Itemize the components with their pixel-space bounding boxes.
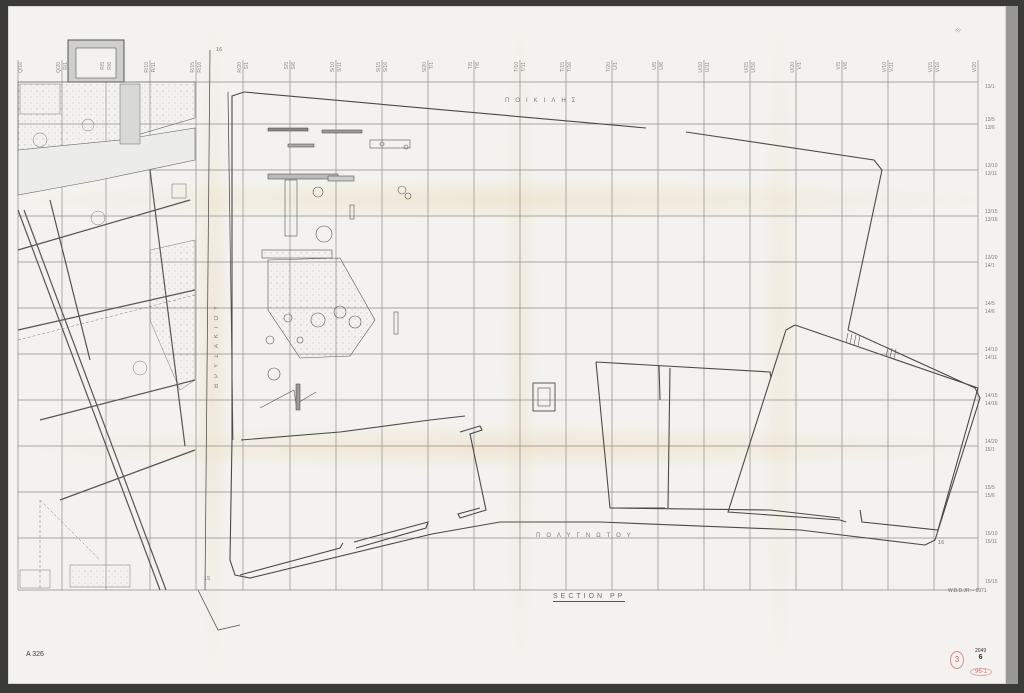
row-label: 15/6: [985, 493, 995, 500]
row-label: 14/6: [985, 309, 995, 316]
archive-stamp-subnumber: 6: [975, 654, 986, 661]
col-label: V/10: [882, 62, 888, 72]
col-label: V/20: [972, 62, 978, 72]
fold-stain: [760, 6, 800, 684]
col-label: S/5: [284, 62, 290, 70]
circled-number-stamp: 3: [950, 651, 964, 669]
row-label: 14/10: [985, 347, 998, 354]
western-excavation: [18, 40, 195, 590]
row-label: 14/16: [985, 401, 998, 408]
red-note-stamp: 96-1: [970, 668, 992, 676]
row-label: 14/1: [985, 263, 995, 270]
col-label: R/16: [197, 62, 203, 73]
col-label: U/15: [744, 62, 750, 73]
col-label: R/6: [107, 62, 113, 70]
row-label: 13/10: [985, 163, 998, 170]
row-label: 13/11: [985, 171, 997, 178]
col-label: T/5: [468, 62, 474, 69]
col-label: V/6: [843, 62, 849, 70]
row-label: 15/10: [985, 531, 998, 538]
col-label: T/20: [606, 62, 612, 72]
row-label: 14/11: [985, 355, 997, 362]
row-label: 13/15: [985, 209, 998, 216]
row-label: 15/15: [985, 579, 998, 586]
row-label: 13/20: [985, 255, 998, 262]
col-label: V/15: [928, 62, 934, 72]
street-label-vrysakiou: ΒΡΥΣΑΚΙΟΥ: [214, 300, 220, 388]
col-label: Q/16: [18, 62, 24, 73]
row-label: 13/1: [985, 84, 995, 91]
col-label: U/5: [652, 62, 658, 70]
row-label: 14/5: [985, 301, 995, 308]
row-label: 13/5: [985, 117, 995, 124]
row-label: 14/15: [985, 393, 998, 400]
col-label: T/11: [521, 62, 527, 72]
col-label: R/20: [237, 62, 243, 73]
col-label: Q/20: [56, 62, 62, 73]
col-label: U/16: [751, 62, 757, 73]
col-label: S/6: [291, 62, 297, 70]
row-label: 15/11: [985, 539, 997, 546]
col-label: V/11: [889, 62, 895, 72]
row-label: 13/16: [985, 217, 998, 224]
col-label: R/1: [63, 62, 69, 70]
marker-nw: 16: [216, 47, 223, 53]
stair-hatching: [846, 333, 896, 359]
section-title: SECTION PP: [553, 593, 625, 602]
col-label: S/15: [376, 62, 382, 72]
col-label: S/11: [337, 62, 343, 72]
col-label: T/1: [429, 62, 435, 69]
col-label: R/15: [190, 62, 196, 73]
row-label: 13/6: [985, 125, 995, 132]
street-label-polygnotou: ΠΟΛΥΓΝΩΤΟΥ: [536, 533, 637, 539]
col-label: S/1: [244, 62, 250, 70]
row-label: 14/20: [985, 439, 998, 446]
col-label: R/5: [100, 62, 106, 70]
col-label: T/10: [514, 62, 520, 72]
col-label: U/11: [705, 62, 711, 72]
drafter-credit: W.B.D.JR. - 1971: [948, 588, 987, 594]
archive-stamp: 2049 6: [975, 648, 986, 661]
col-label: T/15: [560, 62, 566, 72]
fold-stain: [195, 6, 230, 684]
col-label: R/11: [151, 62, 157, 72]
col-label: S/16: [383, 62, 389, 72]
col-label: V/5: [836, 62, 842, 70]
row-label: 15/5: [985, 485, 995, 492]
marker-se: 16: [938, 540, 945, 546]
col-label: U/10: [698, 62, 704, 73]
col-label: R/10: [144, 62, 150, 73]
inventory-number: A 326: [26, 651, 44, 658]
col-label: S/10: [330, 62, 336, 72]
col-label: U/1: [613, 62, 619, 70]
marker-sw: 15: [204, 576, 211, 582]
col-label: T/16: [567, 62, 573, 72]
col-label: V/16: [935, 62, 941, 72]
col-label: T/6: [475, 62, 481, 69]
col-label: U/6: [659, 62, 665, 70]
col-label: S/20: [422, 62, 428, 72]
col-label: U/20: [790, 62, 796, 73]
row-label: 15/1: [985, 447, 995, 454]
col-label: V/1: [797, 62, 803, 70]
street-label-poikiles: ΠΟΙΚΙΛΗΣ: [505, 98, 581, 104]
